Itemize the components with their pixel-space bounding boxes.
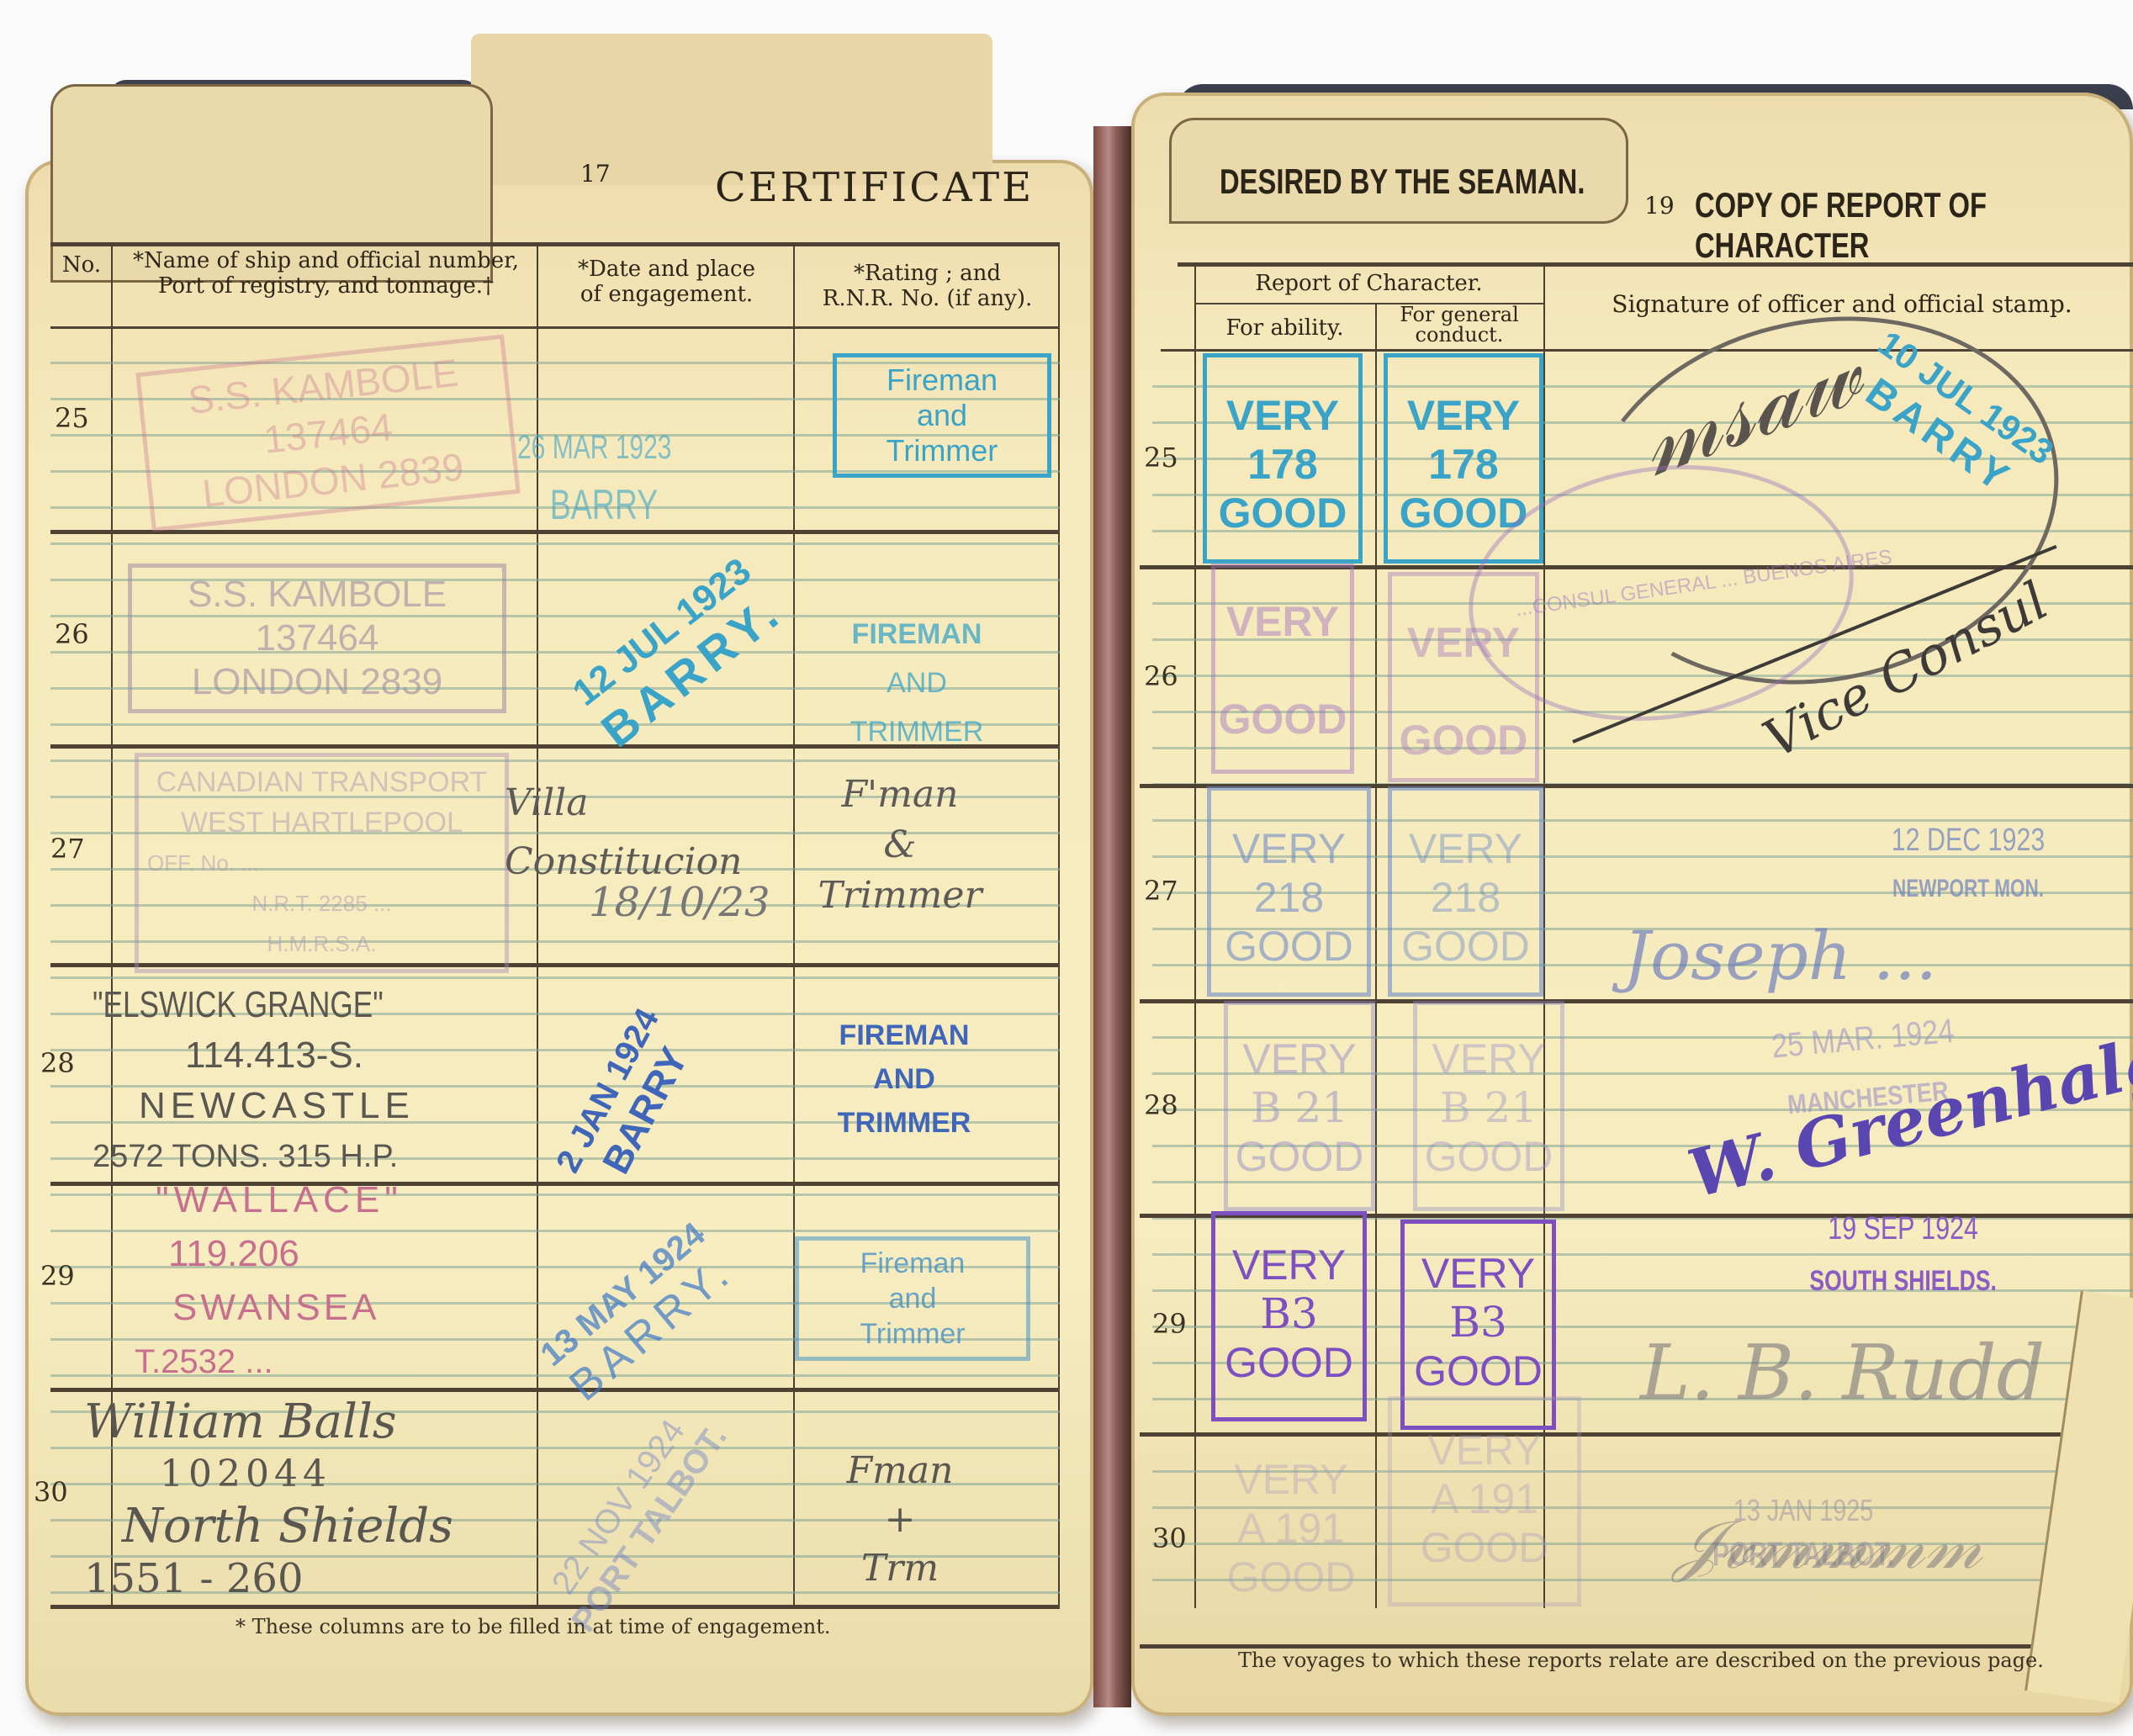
col-header-rating-line1: *Rating ; and	[795, 261, 1060, 286]
conduct-grade-30: VERY A 191 GOOD	[1388, 1396, 1581, 1606]
right-page-title: COPY OF REPORT OF CHARACTER	[1695, 185, 2036, 266]
handwritten-date-27: 18/10/23	[589, 879, 770, 926]
signature-29: L. B. Rudd	[1640, 1329, 2045, 1417]
ability-grade-27: VERY 218 GOOD	[1207, 786, 1371, 997]
col-header-rating: *Rating ; and R.N.R. No. (if any).	[795, 261, 1060, 311]
right-row-no-30: 30	[1152, 1522, 1187, 1554]
left-row-rule-25	[50, 530, 1060, 534]
col-header-no: No.	[52, 252, 111, 278]
col-header-date: *Date and place of engagement.	[538, 257, 795, 307]
date-stamp-25: 26 MAR 1923 BARRY	[517, 429, 671, 529]
left-page-title: CERTIFICATE	[715, 164, 1034, 211]
ship-stamp-28: "ELSWICK GRANGE" 114.413-S. NEWCASTLE 25…	[93, 980, 456, 1182]
ability-grade-30: VERY A 191 GOOD	[1215, 1434, 1367, 1636]
right-row-no-25: 25	[1144, 442, 1178, 474]
left-page-number: 17	[580, 160, 611, 188]
left-row-no-27: 27	[50, 833, 85, 865]
right-tab-text: DESIRED BY THE SEAMAN.	[1220, 161, 1585, 202]
right-page-number: 19	[1644, 192, 1675, 220]
handwritten-rating-30: Fman + Trm	[824, 1447, 976, 1593]
right-row-no-27: 27	[1144, 875, 1178, 907]
left-row-no-25: 25	[55, 402, 89, 434]
col-header-report-of-character: Report of Character.	[1194, 271, 1543, 296]
right-row-no-26: 26	[1144, 660, 1178, 692]
right-row-no-29: 29	[1152, 1308, 1187, 1340]
rating-stamp-28: FIREMAN AND TRIMMER	[807, 1014, 1001, 1145]
rating-stamp-29: Fireman and Trimmer	[795, 1236, 1030, 1361]
left-row-no-26: 26	[55, 618, 89, 650]
col-header-rating-line2: R.N.R. No. (if any).	[795, 286, 1060, 311]
ship-stamp-29: "WALLACE" 119.206 SWANSEA T.2532 ...	[135, 1173, 403, 1389]
ship-stamp-26: S.S. KAMBOLE 137464 LONDON 2839	[128, 564, 506, 713]
left-page-torn-tab	[471, 34, 992, 185]
date-stamp-right-27: 12 DEC 1923 NEWPORT MON.	[1867, 816, 2069, 913]
ability-grade-25: VERY 178 GOOD	[1203, 353, 1363, 564]
handwritten-place-27: Villa Constitucion	[505, 774, 774, 892]
left-page-footnote: * These columns are to be filled in at t…	[236, 1615, 831, 1638]
right-page-footnote: The voyages to which these reports relat…	[1238, 1649, 2088, 1672]
left-row-no-28: 28	[40, 1047, 75, 1079]
col-header-for-ability: For ability.	[1194, 315, 1375, 341]
handwritten-ship-30: William Balls 102044 North Shields 1551 …	[84, 1396, 453, 1605]
handwritten-rating-27: F'man & Trimmer	[799, 770, 1001, 921]
left-row-no-30: 30	[34, 1476, 68, 1508]
signature-scrawl-30: 𝒥𝓋𝓂𝓂𝓂𝓂	[1674, 1506, 1982, 1585]
right-header-top-rule	[1178, 262, 2133, 267]
left-header-top-rule	[50, 242, 1060, 246]
right-row-no-28: 28	[1144, 1089, 1178, 1121]
col-header-ship-line2: Port of registry, and tonnage.†	[114, 273, 538, 299]
signature-27: Joseph ...	[1623, 917, 1937, 995]
col-header-signature: Signature of officer and official stamp.	[1556, 292, 2128, 317]
conduct-grade-28: VERY B 21 GOOD	[1413, 1001, 1564, 1211]
date-stamp-right-29: 19 SEP 1924 SOUTH SHIELDS.	[1783, 1203, 2023, 1307]
rating-stamp-26: FIREMAN AND TRIMMER	[816, 610, 1018, 756]
ability-grade-26: VERY GOOD	[1211, 564, 1354, 774]
ship-stamp-27: CANADIAN TRANSPORT WEST HARTLEPOOL OFF. …	[135, 753, 509, 973]
ability-grade-28: VERY B 21 GOOD	[1224, 1001, 1375, 1211]
col-header-date-line1: *Date and place	[538, 257, 795, 282]
col-header-date-line2: of engagement.	[538, 282, 795, 307]
col-header-for-general-conduct: For general conduct.	[1375, 304, 1543, 345]
left-row-no-29: 29	[40, 1260, 75, 1292]
conduct-grade-27: VERY 218 GOOD	[1388, 786, 1543, 997]
ability-grade-29: VERY B3 GOOD	[1211, 1211, 1367, 1421]
col-header-ship: *Name of ship and official number, Port …	[114, 248, 538, 299]
col-header-ship-line1: *Name of ship and official number,	[114, 248, 538, 273]
rating-stamp-25: Fireman and Trimmer	[833, 353, 1051, 478]
book-spine	[1093, 126, 1131, 1707]
